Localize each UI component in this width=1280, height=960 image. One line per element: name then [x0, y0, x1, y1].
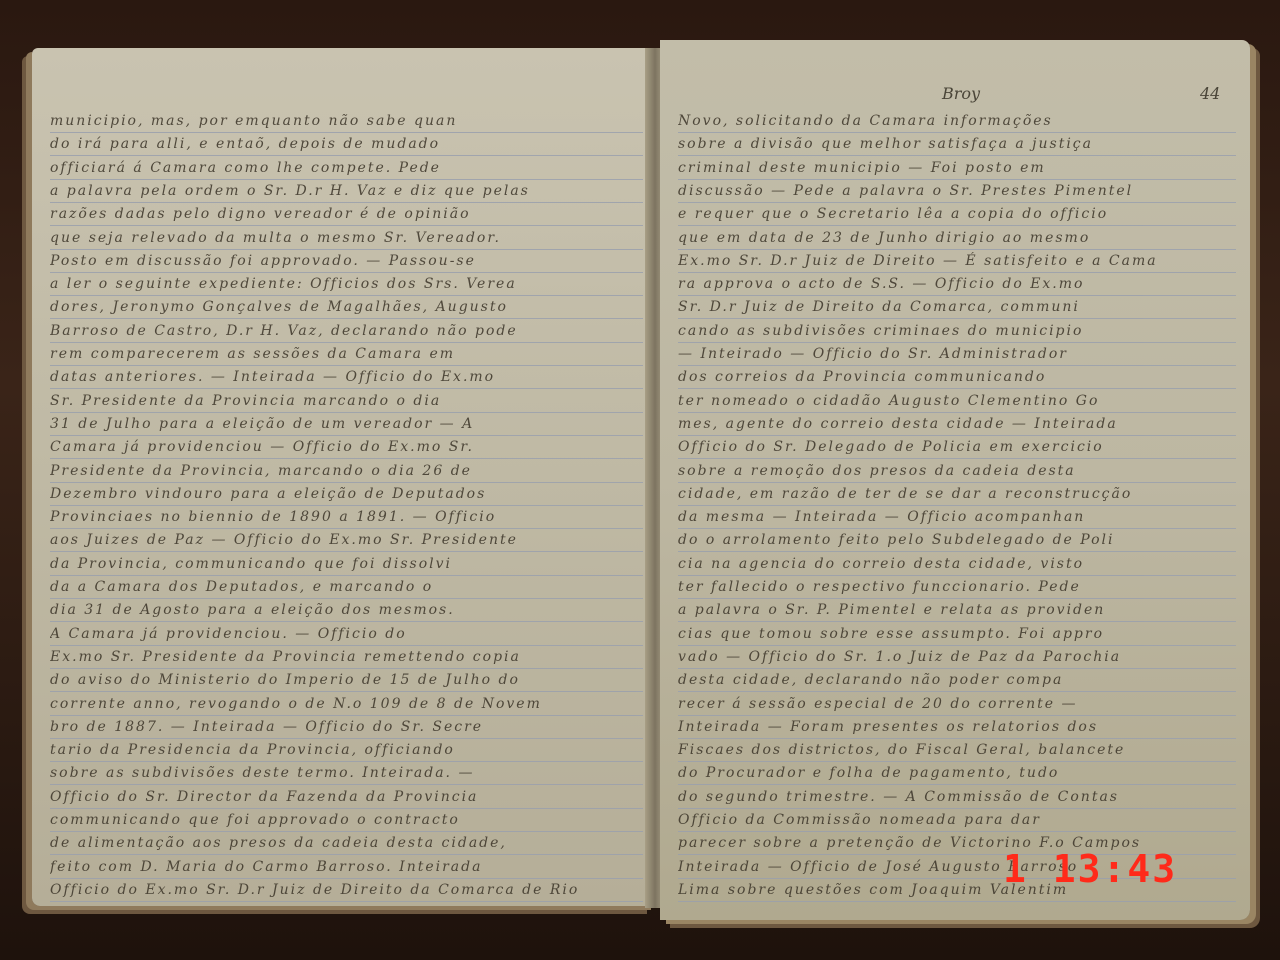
handwritten-line: Officio do Sr. Delegado de Policia em ex… [678, 436, 1236, 459]
handwritten-line: razões dadas pelo digno vereador é de op… [50, 203, 643, 226]
camera-timestamp-overlay: 1 13:43 [1003, 847, 1177, 891]
handwritten-line: criminal deste municipio — Foi posto em [678, 157, 1236, 180]
handwritten-line: sobre a remoção dos presos da cadeia des… [678, 460, 1236, 483]
handwritten-line: Provinciaes no biennio de 1890 a 1891. —… [50, 506, 643, 529]
handwritten-line: municipio, mas, por emquanto não sabe qu… [50, 110, 643, 133]
handwritten-line: do irá para alli, e entaõ, depois de mud… [50, 133, 643, 156]
handwritten-line: feito com D. Maria do Carmo Barroso. Int… [50, 856, 643, 879]
handwritten-line: cando as subdivisões criminaes do munici… [678, 320, 1236, 343]
handwritten-line: cidade, em razão de ter de se dar a reco… [678, 483, 1236, 506]
handwritten-line: Presidente da Provincia, marcando o dia … [50, 460, 643, 483]
handwritten-line: discussão — Pede a palavra o Sr. Prestes… [678, 180, 1236, 203]
handwritten-line: dos correios da Provincia communicando [678, 366, 1236, 389]
handwritten-line: do Procurador e folha de pagamento, tudo [678, 762, 1236, 785]
handwritten-line: Sr. D.r Juiz de Direito da Comarca, comm… [678, 296, 1236, 319]
handwritten-line: Dezembro vindouro para a eleição de Depu… [50, 483, 643, 506]
handwritten-line: ra approva o acto de S.S. — Officio do E… [678, 273, 1236, 296]
handwritten-line: do o arrolamento feito pelo Subdelegado … [678, 529, 1236, 552]
right-page: Broy 44 Novo, solicitando da Camara info… [660, 40, 1250, 920]
handwritten-line: cias que tomou sobre esse assumpto. Foi … [678, 623, 1236, 646]
handwritten-line: a palavra o Sr. P. Pimentel e relata as … [678, 599, 1236, 622]
handwritten-line: tario da Presidencia da Provincia, offic… [50, 739, 643, 762]
handwritten-line: da Provincia, communicando que foi disso… [50, 553, 643, 576]
handwritten-line: rem comparecerem as sessões da Camara em [50, 343, 643, 366]
handwritten-line: A Camara já providenciou. — Officio do [50, 623, 643, 646]
handwritten-line: sobre as subdivisões deste termo. Inteir… [50, 762, 643, 785]
handwritten-line: do aviso do Ministerio do Imperio de 15 … [50, 669, 643, 692]
handwritten-line: Posto em discussão foi approvado. — Pass… [50, 250, 643, 273]
handwritten-line: corrente anno, revogando o de N.o 109 de… [50, 693, 643, 716]
handwritten-line: Officio do Ex.mo Sr. D.r Juiz de Direito… [50, 879, 643, 902]
handwritten-line: bro de 1887. — Inteirada — Officio do Sr… [50, 716, 643, 739]
handwritten-line: Ex.mo Sr. Presidente da Provincia remett… [50, 646, 643, 669]
right-page-text: Novo, solicitando da Camara informaçõess… [660, 40, 1250, 920]
handwritten-line: ter nomeado o cidadão Augusto Clementino… [678, 390, 1236, 413]
handwritten-line: a ler o seguinte expediente: Officios do… [50, 273, 643, 296]
handwritten-line: aos Juizes de Paz — Officio do Ex.mo Sr.… [50, 529, 643, 552]
handwritten-line: sobre a divisão que melhor satisfaça a j… [678, 133, 1236, 156]
handwritten-line: Novo, solicitando da Camara informações [678, 110, 1236, 133]
handwritten-line: a palavra pela ordem o Sr. D.r H. Vaz e … [50, 180, 643, 203]
handwritten-line: Barroso de Castro, D.r H. Vaz, declarand… [50, 320, 643, 343]
handwritten-line: Fiscaes dos districtos, do Fiscal Geral,… [678, 739, 1236, 762]
handwritten-line: — Inteirado — Officio do Sr. Administrad… [678, 343, 1236, 366]
handwritten-line: Officio do Sr. Director da Fazenda da Pr… [50, 786, 643, 809]
left-page-text: municipio, mas, por emquanto não sabe qu… [32, 48, 657, 906]
handwritten-line: que seja relevado da multa o mesmo Sr. V… [50, 227, 643, 250]
handwritten-line: de alimentação aos presos da cadeia dest… [50, 832, 643, 855]
handwritten-line: datas anteriores. — Inteirada — Officio … [50, 366, 643, 389]
handwritten-line: dores, Jeronymo Gonçalves de Magalhães, … [50, 296, 643, 319]
handwritten-line: Camara já providenciou — Officio do Ex.m… [50, 436, 643, 459]
handwritten-line: officiará á Camara como lhe compete. Ped… [50, 157, 643, 180]
handwritten-line: communicando que foi approvado o contrac… [50, 809, 643, 832]
handwritten-line: Ex.mo Sr. D.r Juiz de Direito — É satisf… [678, 250, 1236, 273]
handwritten-line: da a Camara dos Deputados, e marcando o [50, 576, 643, 599]
handwritten-line: Sr. Presidente da Provincia marcando o d… [50, 390, 643, 413]
left-page: municipio, mas, por emquanto não sabe qu… [32, 48, 657, 906]
handwritten-line: da mesma — Inteirada — Officio acompanha… [678, 506, 1236, 529]
handwritten-line: que em data de 23 de Junho dirigio ao me… [678, 227, 1236, 250]
handwritten-line: desta cidade, declarando não poder compa [678, 669, 1236, 692]
handwritten-line: cia na agencia do correio desta cidade, … [678, 553, 1236, 576]
handwritten-line: dia 31 de Agosto para a eleição dos mesm… [50, 599, 643, 622]
handwritten-line: ter fallecido o respectivo funccionario.… [678, 576, 1236, 599]
handwritten-line: mes, agente do correio desta cidade — In… [678, 413, 1236, 436]
handwritten-line: vado — Officio do Sr. 1.o Juiz de Paz da… [678, 646, 1236, 669]
handwritten-line: Officio da Commissão nomeada para dar [678, 809, 1236, 832]
handwritten-line: e requer que o Secretario lêa a copia do… [678, 203, 1236, 226]
open-ledger-book: municipio, mas, por emquanto não sabe qu… [20, 40, 1270, 920]
handwritten-line: 31 de Julho para a eleição de um vereado… [50, 413, 643, 436]
handwritten-line: Inteirada — Foram presentes os relatorio… [678, 716, 1236, 739]
handwritten-line: do segundo trimestre. — A Commissão de C… [678, 786, 1236, 809]
handwritten-line: recer á sessão especial de 20 do corrent… [678, 693, 1236, 716]
